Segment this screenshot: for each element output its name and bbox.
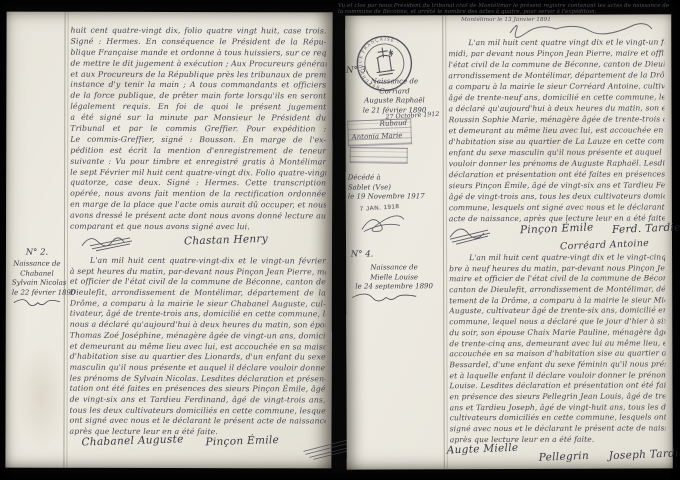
text-line: blique Française mande et ordonne à tous… (70, 48, 326, 60)
text-line: tement de la Drôme, a comparu à la mairi… (449, 295, 665, 306)
text-line: huit cent quatre-vingt dix, folio quatre… (71, 26, 327, 38)
register-right-page: RÉPUBLIQUE FRANÇAISE · N° 3. Naissance d… (345, 14, 673, 469)
marriage-spouse-surname: Rubaud (379, 119, 407, 128)
margin-rule (63, 12, 68, 468)
text-line: Chabanel (12, 269, 62, 279)
text-line: en marge de la place que l'acte omis aur… (70, 200, 326, 212)
text-line: à sept heures du matin, par-devant nous … (70, 266, 326, 277)
text-line: d'habitation sise au quartier des Lionar… (70, 352, 326, 363)
act3-declarant-signature: Corréard Antoine (560, 240, 649, 251)
register-left-page: N° 2. Naissance deChabanelSylvain Nicola… (5, 12, 332, 469)
text-line: et à laquelle enfant il déclare vouloir … (449, 370, 665, 381)
text-line: tivateur, âgé de trente-trois ans, domic… (70, 309, 326, 320)
text-line: a été signé sur la minute par Monsieur l… (70, 113, 326, 125)
signature-declarant: Augte Mielle (447, 442, 519, 457)
death-mention-lines: Décédé àSablet (Vse)le 19 Novembre 1917 (348, 173, 428, 202)
margin-note-lines: Naissance deChabanelSylvain Nicolasle 22… (12, 260, 62, 298)
text-line: L'an mil huit cent quatre-vingt-dix et l… (70, 256, 326, 267)
registration-stamp-2 (350, 147, 408, 164)
text-line: Naissance de (350, 263, 438, 273)
witness-paraph-flourish (301, 435, 353, 455)
text-line: accouchée en sa maison d'habitation sise… (449, 349, 665, 360)
text-line: Drôme, a comparu à la mairie le sieur Ch… (70, 298, 326, 309)
text-line: Sablet (Vse) (348, 183, 428, 193)
text-line: légalement requis. En foi de quoi le pré… (70, 102, 326, 114)
text-line: a déclaré qu'aujourd'hui à deux heures d… (449, 102, 665, 114)
text-line: et officier de l'état civil de la commun… (70, 277, 326, 288)
text-line: Auguste, cultivateur âgé de trente-six a… (449, 306, 665, 317)
text-line: comparant et que nous avons signé avec l… (70, 222, 326, 234)
text-line: pédition est écrit la mention d'enregist… (70, 146, 326, 158)
death-mention-paraph (356, 213, 412, 235)
text-line: en présence des sieurs Pellegrin Jean Lo… (450, 391, 666, 402)
text-line: le 22 février 1890 (12, 288, 62, 298)
text-line: signé avec nous et le déclarant le prése… (450, 423, 666, 434)
text-line: le 24 septembre 1890 (350, 282, 438, 292)
text-line: Signé : Hermes. En conséquence le Présid… (71, 37, 327, 49)
text-line: d'habitation sise au quartier de La Lauz… (449, 135, 665, 147)
text-line: déclaration et présentation ont été fait… (449, 168, 665, 180)
text-line: opérée, nous avons fait mention de la re… (70, 189, 326, 201)
text-line: canton de Dieulefit, arrondissement de M… (449, 285, 665, 296)
president-signature-flourish (506, 21, 656, 37)
text-line: Dieulefit, arrondissement de Montélimar,… (70, 288, 326, 299)
death-mention: Décédé àSablet (Vse)le 19 Novembre 1917 (348, 173, 428, 202)
act4-signatures: Augte Mielle Pellegrin Joseph Tardieu (447, 442, 680, 469)
signature-witness2: Joseph Tardieu (609, 447, 680, 462)
signature-witness1: Pinçon Émile (520, 221, 594, 236)
text-line: Roussin Sophie Marie, ménagère âgée de t… (449, 113, 665, 125)
mayor-paraph-flourish (78, 234, 148, 252)
signature-witness2: Ferd. Tardieu (611, 221, 680, 236)
text-line: l'état civil de la commune de Béconne, c… (448, 58, 664, 70)
text-line: ont signé avec nous et le déclarant le p… (70, 416, 326, 427)
death-date-stamp: 7 JAN. 1918 (360, 204, 400, 213)
mayor-paraph-flourish (446, 223, 502, 243)
act2-body-text: L'an mil huit cent quatre-vingt-dix et l… (69, 256, 325, 438)
text-line: de trente-cinq ans, demeurant avec lui a… (449, 338, 665, 349)
text-line: vouloir donner les prénoms de Auguste Ra… (449, 157, 665, 169)
text-line: du soir, son épouse Chaix Marie Pauline,… (449, 327, 665, 338)
text-line: et demeurant au même lieu avec lui, est … (449, 124, 665, 136)
margin-note-act3: Naissance deCorriardAuguste Raphaëlle 21… (353, 77, 435, 115)
text-line: Tribunal et par le commis Greffier. Pour… (70, 124, 326, 136)
text-line: et aux Procureurs de la République près … (70, 69, 326, 81)
text-line: âgé de vingt-trois ans, tous les deux cu… (449, 190, 665, 202)
text-line: et demeurant au même lieu avec lui, est … (70, 341, 326, 352)
verification-text: Vu et clos par nous Président du tribuna… (338, 3, 674, 16)
text-line: Décédé à (348, 173, 428, 183)
margin-note-act4: Naissance deMielle Louisele 24 septembre… (350, 263, 438, 302)
text-line: âgé de trente-neuf ans, domicilié en cet… (448, 91, 664, 103)
text-line: ans et Tardieu Joseph, âgé de vingt-huit… (450, 402, 666, 413)
text-line: de mettre le dit jugement à exécution ; … (70, 58, 326, 70)
act2-transcription-text: huit cent quatre-vingt dix, folio quatre… (70, 26, 327, 234)
text-line: midi, par devant nous Pinçon Jean Pierre… (448, 47, 664, 59)
act-number: N° 4. (350, 249, 374, 259)
act-number: N° 2. (12, 248, 62, 258)
text-line: Mielle Louise (350, 273, 438, 283)
text-line: Naissance de (12, 260, 62, 270)
text-line: cultivateurs domiciliés en cette commune… (450, 413, 666, 424)
register-scan: 11 Vu et clos par nous Président du trib… (0, 0, 680, 480)
text-line: masculin qu'il nous présente et auquel i… (70, 363, 326, 374)
act4-body-text: L'an mil huit cent quatre-vingt dix et l… (449, 252, 666, 445)
text-line: de la force publique, de prêter main for… (70, 91, 326, 103)
margin-note-lines: Naissance deCorriardAuguste Raphaëlle 21… (353, 77, 435, 115)
stain (15, 342, 65, 452)
text-line: de vingt-six ans et Tardieu Ferdinand, â… (70, 395, 326, 406)
text-line: tous les deux cultivateurs domiciliés en… (70, 405, 326, 416)
text-line: quatorze, case deux. Signé : Hermes. Cet… (70, 178, 326, 190)
transcription-signatures: Chastan Henry (78, 234, 268, 252)
verification-note: Vu et clos par nous Président du tribuna… (338, 3, 674, 23)
margin-note-lines: Naissance deMielle Louisele 24 septembre… (350, 263, 438, 292)
text-line: commune, lequel nous a déclaré que le jo… (449, 317, 665, 328)
margin-flourish (350, 292, 420, 302)
text-line: avons dressé le présent acte dont nous a… (70, 211, 326, 223)
signature-chastan: Chastan Henry (184, 233, 268, 248)
text-line: Bessardel, d'une enfant du sexe féminin … (449, 359, 665, 370)
text-line: arrondissement de Montélimar, départemen… (448, 69, 664, 81)
text-line: maire et officier de l'état civil de la … (449, 274, 665, 285)
text-line: sieurs Pinçon Émile, âgé de vingt-six an… (449, 179, 665, 191)
text-line: Auguste Raphaël (353, 96, 435, 106)
text-line: tation ont été faites en présences des s… (70, 384, 326, 395)
text-line: Sylvain Nicolas (12, 279, 62, 289)
text-line: suivante : Vu pour timbre et enregistré … (70, 156, 326, 168)
margin-flourish (12, 298, 62, 308)
text-line: a comparu à la mairie le sieur Corréard … (448, 80, 664, 92)
text-line: Le commis-Greffier, signé : Bousson. En … (70, 135, 326, 147)
text-line: instance d'y tenir la main ; A tous comm… (70, 80, 326, 92)
text-line: Louise. Lesdites déclaration et présenta… (449, 381, 665, 392)
text-line: bre à neuf heures du matin, par-devant n… (449, 263, 665, 274)
text-line: Naissance de (353, 77, 435, 87)
text-line: les prénoms de Sylvain Nicolas. Lesdites… (70, 373, 326, 384)
text-line: le sept Février mil huit cent quatre-vin… (70, 167, 326, 179)
text-line: Thomas Zoé Joséphine, ménagère âgée de v… (70, 331, 326, 342)
text-line: enfant du sexe masculin qu'il nous prése… (449, 146, 665, 158)
text-line: le 19 Novembre 1917 (348, 192, 428, 202)
act3-body-text: L'an mil huit cent quatre vingt dix et l… (448, 36, 665, 224)
signature-witness1: Pellegrin (538, 450, 589, 464)
margin-note-act2: N° 2. Naissance deChabanelSylvain Nicola… (12, 248, 62, 308)
signature-declarant: Corréard Antoine (560, 238, 649, 252)
act3-number-wrap: N° 3. (345, 65, 369, 77)
act4-number-wrap: N° 4. (350, 249, 374, 261)
text-line: Corriard (353, 87, 435, 97)
signature-declarant: Chabanel Auguste (81, 433, 184, 448)
text-line: L'an mil huit cent quatre-vingt dix et l… (449, 252, 665, 263)
text-line: nous a déclaré qu'aujourd'hui à deux heu… (70, 320, 326, 331)
act-number: N° 3. (345, 65, 369, 75)
text-line: commune, lesquels ont signé avec nous et… (449, 201, 665, 213)
text-line: L'an mil huit cent quatre vingt dix et l… (448, 36, 664, 48)
signature-witness1: Pinçon Émile (205, 434, 279, 448)
